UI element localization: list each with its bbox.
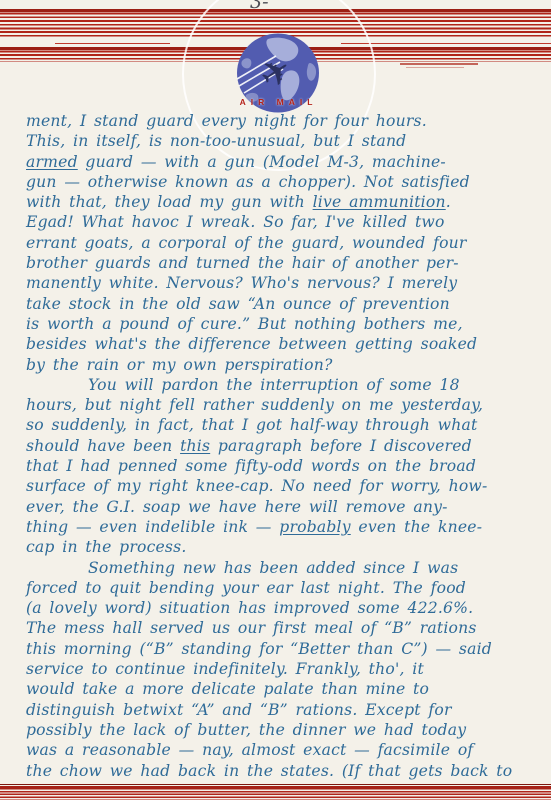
text-segment: besides what's the difference between ge… — [26, 335, 477, 353]
letter-line: cap in the process. — [26, 537, 547, 557]
text-segment: would take a more delicate palate than m… — [26, 680, 429, 698]
letter-line: is worth a pound of cure.” But nothing b… — [26, 314, 547, 334]
text-segment: was a reasonable — nay, almost exact — f… — [26, 741, 473, 759]
letter-line: armed guard — with a gun (Model M-3, mac… — [26, 152, 547, 172]
text-segment: thing — even indelible ink — — [26, 518, 279, 536]
letter-line: would take a more delicate palate than m… — [26, 679, 547, 699]
text-segment: so suddenly, in fact, that I got half-wa… — [26, 416, 477, 434]
text-segment: hours, but night fell rather suddenly on… — [26, 396, 483, 414]
text-segment: (a lovely word) situation has improved s… — [26, 599, 473, 617]
letter-line: thing — even indelible ink — probably ev… — [26, 517, 547, 537]
fine-print-mark — [400, 63, 478, 65]
letter-body: ment, I stand guard every night for four… — [26, 111, 547, 781]
underlined-phrase: probably — [279, 518, 350, 536]
text-segment: You will pardon the interruption of some… — [88, 376, 460, 394]
letter-line: hours, but night fell rather suddenly on… — [26, 395, 547, 415]
letter-line: The mess hall served us our first meal o… — [26, 618, 547, 638]
stripe-gap-line-left — [55, 43, 170, 44]
text-segment: service to continue indefinitely. Frankl… — [26, 660, 424, 678]
text-segment: should have been — [26, 437, 180, 455]
text-segment: with that, they load my gun with — [26, 193, 313, 211]
text-segment: guard — with a gun (Model M-3, machine- — [78, 153, 446, 171]
text-segment: forced to quit bending your ear last nig… — [26, 579, 466, 597]
text-segment: take stock in the old saw “An ounce of p… — [26, 295, 450, 313]
letter-line: This, in itself, is non-too-unusual, but… — [26, 131, 547, 151]
text-segment: The mess hall served us our first meal o… — [26, 619, 477, 637]
letter-line: that I had penned some fifty-odd words o… — [26, 456, 547, 476]
text-segment: manently white. Nervous? Who's nervous? … — [26, 274, 457, 292]
text-segment: This, in itself, is non-too-unusual, but… — [26, 132, 406, 150]
text-segment: ment, I stand guard every night for four… — [26, 112, 427, 130]
letter-line: should have been this paragraph before I… — [26, 436, 547, 456]
underlined-phrase: live ammunition — [313, 193, 446, 211]
letter-line: the chow we had back in the states. (If … — [26, 761, 547, 781]
letter-line: distinguish betwixt “A” and “B” rations.… — [26, 700, 547, 720]
letter-line: so suddenly, in fact, that I got half-wa… — [26, 415, 547, 435]
text-segment: this morning (“B” standing for “Better t… — [26, 640, 492, 658]
text-segment: Egad! What havoc I wreak. So far, I've k… — [26, 213, 445, 231]
letter-line: was a reasonable — nay, almost exact — f… — [26, 740, 547, 760]
letter-line: possibly the lack of butter, the dinner … — [26, 720, 547, 740]
text-segment: brother guards and turned the hair of an… — [26, 254, 459, 272]
underlined-phrase: armed — [26, 153, 78, 171]
letter-line: ever, the G.I. soap we have here will re… — [26, 497, 547, 517]
text-segment: Something new has been added since I was — [88, 559, 458, 577]
letter-line: You will pardon the interruption of some… — [26, 375, 547, 395]
stripe-gap-line-right — [341, 43, 551, 44]
text-segment: the chow we had back in the states. (If … — [26, 762, 512, 780]
letter-line: manently white. Nervous? Who's nervous? … — [26, 273, 547, 293]
letter-line: by the rain or my own perspiration? — [26, 355, 547, 375]
text-segment: paragraph before I discovered — [210, 437, 472, 455]
letter-page: 3- ✈ AIR MAIL ment, I stand guard every … — [0, 0, 551, 800]
text-segment: possibly the lack of butter, the dinner … — [26, 721, 466, 739]
text-segment: by the rain or my own perspiration? — [26, 356, 333, 374]
letter-line: ment, I stand guard every night for four… — [26, 111, 547, 131]
letter-line: besides what's the difference between ge… — [26, 334, 547, 354]
letter-line: brother guards and turned the hair of an… — [26, 253, 547, 273]
text-segment: cap in the process. — [26, 538, 187, 556]
text-segment: ever, the G.I. soap we have here will re… — [26, 498, 448, 516]
text-segment: that I had penned some fifty-odd words o… — [26, 457, 476, 475]
underlined-phrase: this — [180, 437, 210, 455]
letter-line: surface of my right knee-cap. No need fo… — [26, 476, 547, 496]
letter-line: service to continue indefinitely. Frankl… — [26, 659, 547, 679]
text-segment: is worth a pound of cure.” But nothing b… — [26, 315, 463, 333]
airmail-stripes-bottom — [0, 784, 551, 800]
page-number: 3- — [250, 0, 269, 13]
text-segment: gun — otherwise known as a chopper). Not… — [26, 173, 470, 191]
text-segment: surface of my right knee-cap. No need fo… — [26, 477, 487, 495]
letter-line: forced to quit bending your ear last nig… — [26, 578, 547, 598]
letter-line: Egad! What havoc I wreak. So far, I've k… — [26, 212, 547, 232]
letter-line: (a lovely word) situation has improved s… — [26, 598, 547, 618]
text-segment: errant goats, a corporal of the guard, w… — [26, 234, 467, 252]
text-segment: . — [446, 193, 451, 211]
letter-line: this morning (“B” standing for “Better t… — [26, 639, 547, 659]
letter-line: with that, they load my gun with live am… — [26, 192, 547, 212]
letter-line: gun — otherwise known as a chopper). Not… — [26, 172, 547, 192]
airmail-label: AIR MAIL — [221, 97, 336, 107]
fine-print-mark-2 — [406, 67, 464, 68]
letter-line: errant goats, a corporal of the guard, w… — [26, 233, 547, 253]
letter-line: Something new has been added since I was — [26, 558, 547, 578]
text-segment: distinguish betwixt “A” and “B” rations.… — [26, 701, 452, 719]
letter-line: take stock in the old saw “An ounce of p… — [26, 294, 547, 314]
text-segment: even the knee- — [351, 518, 482, 536]
